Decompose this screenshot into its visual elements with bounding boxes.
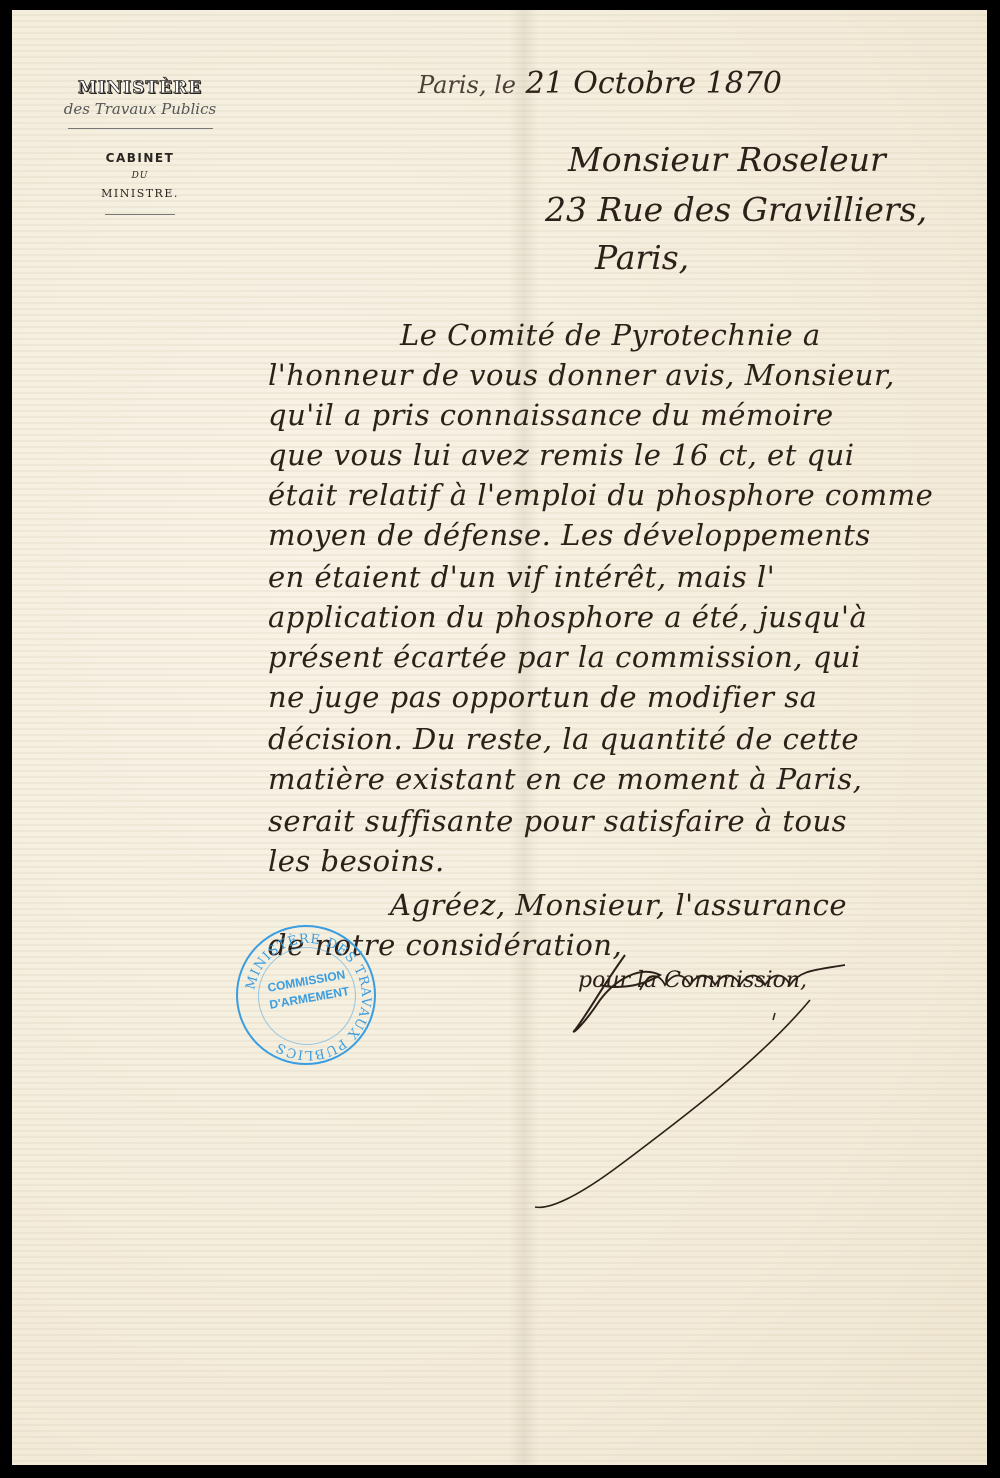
body-line: Le Comité de Pyrotechnie a xyxy=(400,318,821,352)
body-line: était relatif à l'emploi du phosphore co… xyxy=(268,478,933,512)
letterhead: MINISTÈRE des Travaux Publics CABINET DU… xyxy=(40,78,240,215)
commission-stamp: MINISTÈRE DES TRAVAUX PUBLICS COMMISSION… xyxy=(236,925,376,1065)
addressee-street: 23 Rue des Gravilliers, xyxy=(545,190,927,229)
letterhead-ministre: MINISTRE. xyxy=(40,187,240,200)
body-line: application du phosphore a été, jusqu'à xyxy=(268,600,867,634)
dateline-month: Octobre xyxy=(573,66,696,101)
body-line: les besoins. xyxy=(268,844,445,878)
addressee-city: Paris, xyxy=(595,238,689,277)
closing-line: Agréez, Monsieur, l'assurance xyxy=(390,888,847,922)
body-line: l'honneur de vous donner avis, Monsieur, xyxy=(268,358,895,392)
letterhead-cabinet: CABINET xyxy=(40,151,240,165)
body-line: en étaient d'un vif intérêt, mais l' xyxy=(268,560,775,594)
body-line: présent écartée par la commission, qui xyxy=(268,640,861,674)
letterhead-du: DU xyxy=(40,171,240,181)
dateline-place: Paris, le xyxy=(418,71,516,99)
body-line: moyen de défense. Les développements xyxy=(268,518,871,552)
body-line: ne juge pas opportun de modifier sa xyxy=(268,680,817,714)
body-line: serait suffisante pour satisfaire à tous xyxy=(268,804,847,838)
letterhead-ministere: MINISTÈRE xyxy=(40,78,240,98)
body-line: décision. Du reste, la quantité de cette xyxy=(268,722,859,756)
letterhead-travaux-publics: des Travaux Publics xyxy=(40,100,240,118)
body-line: matière existant en ce moment à Paris, xyxy=(268,762,862,796)
dateline-day: 21 xyxy=(526,66,564,101)
body-line: que vous lui avez remis le 16 ct, et qui xyxy=(268,438,855,472)
body-line: qu'il a pris connaissance du mémoire xyxy=(268,398,834,432)
signature-pour: pour la Commission, xyxy=(578,968,807,993)
dateline: Paris, le 21 Octobre 1870 xyxy=(418,66,782,101)
letterhead-divider-short xyxy=(105,214,175,215)
dateline-year: 1870 xyxy=(706,66,782,101)
addressee-name: Monsieur Roseleur xyxy=(568,140,886,179)
letterhead-divider xyxy=(68,128,213,129)
